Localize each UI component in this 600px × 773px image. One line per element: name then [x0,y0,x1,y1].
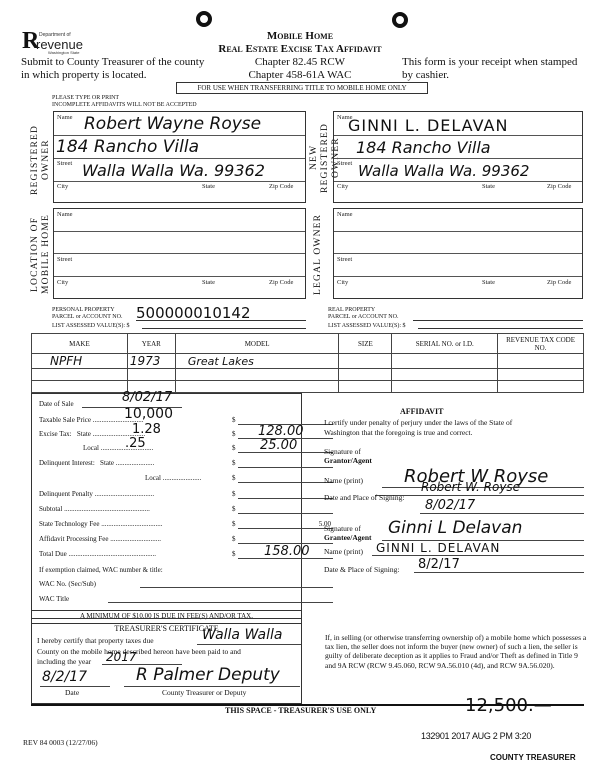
treasurer-amount: 12,500.— [465,695,552,716]
location-section-label: LOCATION OF MOBILE HOME [30,208,54,300]
certificate-county-field[interactable]: Walla Walla [197,633,301,645]
exemption-label: If exemption claimed, WAC number & title… [39,566,163,574]
table-row [32,369,584,381]
state-label: State [482,183,495,190]
col-year: YEAR [127,334,175,354]
serial-cell[interactable] [392,381,498,393]
registered-owner-name[interactable]: Robert Wayne Royse [84,114,261,134]
submit-note-line1: Submit to County Treasurer of the county [21,56,204,69]
certificate-line3: including the year [37,657,91,666]
new-registered-owner-section-label: NEW REGISTERED OWNER [309,110,333,205]
vehicle-table: MAKE YEAR MODEL SIZE SERIAL NO. or I.D. … [31,333,584,393]
stamp-office: COUNTY TREASURER [490,753,576,762]
tax-code-cell[interactable] [498,369,584,381]
serial-cell[interactable] [392,369,498,381]
currency-symbol: $ [232,416,236,424]
location-box: Name Street City State Zip Code [53,208,306,299]
currency-symbol: $ [232,505,236,513]
currency-symbol: $ [232,459,236,467]
personal-parcel-value: 500000010142 [136,304,251,322]
receipt-stamp: 132901 2017 AUG 2 PM 3:20 [421,731,531,741]
total-due-label: Total Due ..............................… [39,550,156,558]
year-cell[interactable]: 1973 [127,354,175,369]
affidavit-fee-label: Affidavit Processing Fee ...............… [39,535,161,543]
certificate-signature-field[interactable]: R Palmer Deputy [124,669,300,687]
certificate-date-label: Date [65,688,79,697]
state-label: State [482,279,495,286]
tax-code-cell[interactable] [498,354,584,369]
currency-symbol: $ [232,474,236,482]
delinquent-interest-state-label: Delinquent Interest: State .............… [39,459,154,467]
dor-logo: R Department of Revenue Washington State [22,30,82,54]
size-cell[interactable] [339,354,392,369]
grantee-signature-field[interactable]: Ginni L Delavan [382,518,584,541]
lien-notice: If, in selling (or otherwise transferrin… [325,633,587,670]
legal-owner-box: Name Street City State Zip Code [333,208,583,299]
grantor-date-label: Date and Place of Signing: [324,493,404,502]
model-cell[interactable] [175,381,339,393]
grantee-date-field[interactable]: 8/2/17 [414,559,584,573]
personal-assessed-label: LIST ASSESSED VALUE(S): $ [52,322,130,330]
zip-label: Zip Code [547,279,571,286]
currency-symbol: $ [232,520,236,528]
grantee-sig-label1: Signature of [324,524,361,533]
wac-title-field[interactable] [108,602,333,603]
delinquent-interest-local-label: Local ...................... [145,474,201,482]
date-of-sale-label: Date of Sale [39,400,74,408]
city-label: City [57,183,68,190]
subtotal-label: Subtotal ...............................… [39,505,150,513]
name-label: Name [337,211,353,218]
col-size: SIZE [339,334,392,354]
delinquent-penalty-label: Delinquent Penalty .....................… [39,490,154,498]
form-title-line2: Real Estate Excise Tax Affidavit [170,43,430,55]
form-title-line1: Mobile Home [200,30,400,42]
submit-note-line2: in which property is located. [21,69,147,82]
real-property-label2: PARCEL or ACCOUNT NO. [328,313,398,321]
registered-owner-section-label: REGISTERED OWNER [30,110,54,210]
receipt-note-line2: by cashier. [402,69,449,82]
personal-property-label2: PARCEL or ACCOUNT NO. [52,313,122,321]
col-serial: SERIAL NO. or I.D. [392,334,498,354]
real-parcel-field[interactable] [413,320,583,321]
currency-symbol: $ [232,550,236,558]
name-label: Name [57,114,73,121]
wac-no-field[interactable] [140,587,333,588]
real-assessed-label: LIST ASSESSED VALUE(S): $ [328,322,406,330]
state-label: State [202,183,215,190]
street-label: Street [337,160,352,167]
city-label: City [337,279,348,286]
fees-box: Date of Sale 8/02/17 Taxable Sale Price … [31,393,302,611]
certificate-signer-label: County Treasurer or Deputy [162,688,246,697]
chapter-wac: Chapter 458-61A WAC [200,69,400,82]
zip-label: Zip Code [547,183,571,190]
personal-assessed-field[interactable] [142,328,306,329]
currency-symbol: $ [232,444,236,452]
new-owner-city-state-zip[interactable]: Walla Walla Wa. 99362 [358,162,529,180]
instruction-incomplete: INCOMPLETE AFFIDAVITS WILL NOT BE ACCEPT… [52,101,197,109]
punch-hole-left [196,11,212,27]
table-row [32,381,584,393]
tech-fee-label: State Technology Fee ...................… [39,520,162,528]
registered-owner-city-state-zip[interactable]: Walla Walla Wa. 99362 [82,161,265,180]
total-due-line[interactable]: 158.00 [238,550,333,559]
grantee-date-label: Date & Place of Signing: [324,565,399,574]
name-label: Name [57,211,73,218]
chapter-rcw: Chapter 82.45 RCW [200,56,400,69]
currency-symbol: $ [232,490,236,498]
new-owner-street[interactable]: 184 Rancho Villa [356,138,491,157]
currency-symbol: $ [232,535,236,543]
excise-local-line[interactable]: 25.00 [238,444,333,453]
punch-hole-right [392,12,408,28]
street-label: Street [57,256,72,263]
excise-state-rate[interactable]: 1.28 [132,422,161,437]
excise-local-rate[interactable]: .25 [125,436,146,451]
currency-symbol: $ [232,430,236,438]
col-model: MODEL [175,334,339,354]
new-registered-owner-box: Name Street City State Zip Code GINNI L.… [333,111,583,203]
year-cell[interactable] [127,369,175,381]
treasurer-certificate-box: TREASURER'S CERTIFICATE I hereby certify… [31,618,302,704]
make-cell[interactable] [32,369,128,381]
registered-owner-box: Name Street City State Zip Code Robert W… [53,111,306,203]
legal-owner-section-label: LEGAL OWNER [313,208,331,300]
make-cell[interactable]: NPFH [32,354,128,369]
zip-label: Zip Code [269,279,293,286]
tax-code-cell[interactable] [498,381,584,393]
subtotal-line[interactable] [238,505,333,514]
affidavit-statement-line2: Washington that the foregoing is true an… [324,428,473,437]
make-cell[interactable] [32,381,128,393]
receipt-note-line1: This form is your receipt when stamped [402,56,577,69]
grantor-name-label: Name (print) [324,476,363,485]
col-tax-code: REVENUE TAX CODE NO. [498,334,584,354]
delinquent-interest-local-line[interactable] [238,474,333,483]
affidavit-fee-line[interactable] [238,535,333,544]
treasurer-use-label: THIS SPACE - TREASURER'S USE ONLY [225,706,376,715]
grantor-name-field[interactable]: Robert W. Royse [375,482,584,496]
certificate-year-field[interactable]: 2017 [102,655,182,665]
col-make: MAKE [32,334,128,354]
city-label: City [337,183,348,190]
certificate-date-field[interactable]: 8/2/17 [40,671,110,687]
real-assessed-field[interactable] [418,328,583,329]
affidavit-statement-line1: I certify under penalty of perjury under… [324,418,512,427]
model-cell[interactable]: Great Lakes [175,354,339,369]
serial-cell[interactable] [392,354,498,369]
grantor-sig-label2: Grantor/Agent [324,456,372,465]
grantee-name-field[interactable]: GINNI L. DELAVAN [372,542,584,556]
table-row: NPFH 1973 Great Lakes [32,354,584,369]
city-label: City [57,279,68,286]
model-cell[interactable] [175,369,339,381]
grantee-name-label: Name (print) [324,547,363,556]
registered-owner-street[interactable]: 184 Rancho Villa [56,137,199,157]
use-banner: FOR USE WHEN TRANSFERRING TITLE TO MOBIL… [176,82,428,94]
certificate-line1: I hereby certify that property taxes due [37,636,154,645]
state-label: State [202,279,215,286]
logo-state: Washington State [48,50,79,55]
zip-label: Zip Code [269,183,293,190]
personal-parcel-field[interactable]: 500000010142 [136,304,306,321]
street-label: Street [57,160,72,167]
delinquent-penalty-line[interactable] [238,490,333,499]
form-number: REV 84 0003 (12/27/06) [23,738,98,747]
grantee-sig-label2: Grantee/Agent [324,533,372,542]
street-label: Street [337,256,352,263]
grantor-date-field[interactable]: 8/02/17 [420,500,584,514]
size-cell[interactable] [339,369,392,381]
wac-no-label: WAC No. (Sec/Sub) [39,580,96,588]
grantor-sig-label1: Signature of [324,447,361,456]
vehicle-table-header: MAKE YEAR MODEL SIZE SERIAL NO. or I.D. … [32,334,584,354]
taxable-price-value[interactable]: 10,000 [124,406,173,422]
new-owner-name[interactable]: GINNI L. DELAVAN [348,116,508,135]
affidavit-title: AFFIDAVIT [400,407,443,416]
delinquent-interest-state-line[interactable] [238,459,333,468]
size-cell[interactable] [339,381,392,393]
wac-title-label: WAC Title [39,595,69,603]
tech-fee-line[interactable]: 5.00 [238,520,333,529]
